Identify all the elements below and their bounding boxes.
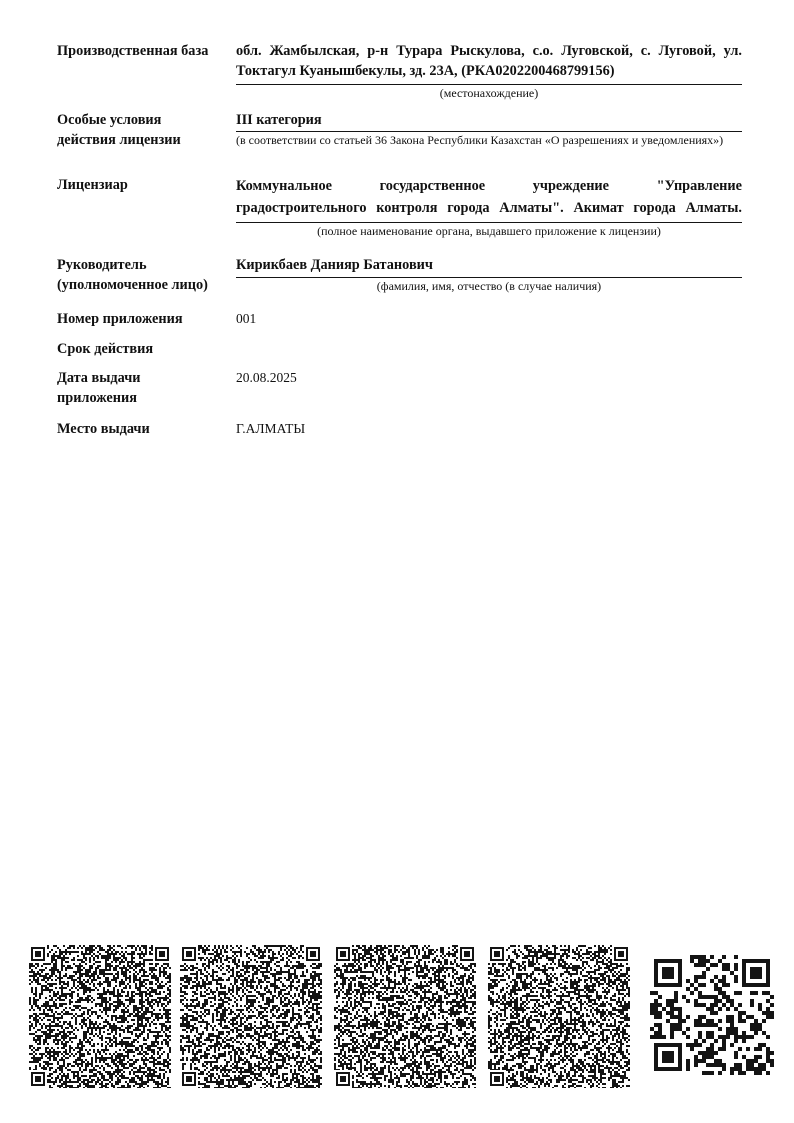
field-label-special-conditions: Особые условия действия лицензии xyxy=(57,110,236,150)
field-value-head: Кирикбаев Данияр Батанович (фамилия, имя… xyxy=(236,255,742,295)
field-caption: (местонахождение) xyxy=(236,87,742,100)
field-row-head: Руководитель (уполномоченное лицо) Кирик… xyxy=(57,255,742,295)
label-line: Лицензиар xyxy=(57,175,236,195)
field-value-special-conditions: III категория (в соответствии со статьей… xyxy=(236,110,742,150)
datamatrix-barcode-4 xyxy=(488,945,630,1088)
label-line: Место выдачи xyxy=(57,419,236,439)
value-line: Кирикбаев Данияр Батанович xyxy=(236,255,742,275)
field-row-special-conditions: Особые условия действия лицензии III кат… xyxy=(57,110,742,150)
signature-rule xyxy=(236,131,742,132)
label-line: Дата выдачи xyxy=(57,368,236,388)
signature-rule xyxy=(236,84,742,85)
field-value-appendix-number: 001 xyxy=(236,309,742,329)
field-label-issue-date: Дата выдачи приложения xyxy=(57,368,236,408)
field-row-validity-period: Срок действия xyxy=(57,339,742,359)
field-row-issue-date: Дата выдачи приложения 20.08.2025 xyxy=(57,368,742,408)
value-line: градостроительного контроля города Алмат… xyxy=(236,197,742,219)
field-caption: (полное наименование органа, выдавшего п… xyxy=(236,225,742,238)
field-label-head: Руководитель (уполномоченное лицо) xyxy=(57,255,236,295)
label-line: Номер приложения xyxy=(57,309,236,329)
field-label-licensor: Лицензиар xyxy=(57,175,236,238)
datamatrix-barcode-2 xyxy=(180,945,322,1088)
qr-code xyxy=(650,955,774,1075)
field-row-production-base: Производственная база обл. Жамбылская, р… xyxy=(57,41,742,100)
label-line: приложения xyxy=(57,388,236,408)
value-line: III категория xyxy=(236,110,742,130)
field-value-licensor: Коммунальное государственное учреждение … xyxy=(236,175,742,238)
field-value-issue-place: Г.АЛМАТЫ xyxy=(236,419,742,439)
label-line: Производственная база xyxy=(57,41,236,61)
signature-rule xyxy=(236,222,742,223)
field-value-production-base: обл. Жамбылская, р-н Турара Рыскулова, с… xyxy=(236,41,742,100)
field-value-issue-date: 20.08.2025 xyxy=(236,368,742,408)
datamatrix-barcode-3 xyxy=(334,945,476,1088)
field-caption: (в соответствии со статьей 36 Закона Рес… xyxy=(236,134,742,147)
field-caption: (фамилия, имя, отчество (в случае наличи… xyxy=(236,280,742,293)
label-line: действия лицензии xyxy=(57,130,236,150)
value-line: Токтагул Куанышбекулы, зд. 23А, (РКА0202… xyxy=(236,61,742,81)
signature-rule xyxy=(236,277,742,278)
field-row-licensor: Лицензиар Коммунальное государственное у… xyxy=(57,175,742,238)
datamatrix-barcode-1 xyxy=(29,945,171,1088)
label-line: Руководитель xyxy=(57,255,236,275)
field-value-validity-period xyxy=(236,339,742,359)
value-line: Г.АЛМАТЫ xyxy=(236,419,742,439)
label-line: Срок действия xyxy=(57,339,236,359)
label-line: (уполномоченное лицо) xyxy=(57,275,236,295)
field-row-issue-place: Место выдачи Г.АЛМАТЫ xyxy=(57,419,742,439)
license-appendix-page: Производственная база обл. Жамбылская, р… xyxy=(0,0,794,1123)
field-label-issue-place: Место выдачи xyxy=(57,419,236,439)
field-label-appendix-number: Номер приложения xyxy=(57,309,236,329)
field-row-appendix-number: Номер приложения 001 xyxy=(57,309,742,329)
field-label-validity-period: Срок действия xyxy=(57,339,236,359)
value-line: обл. Жамбылская, р-н Турара Рыскулова, с… xyxy=(236,41,742,61)
value-line: Коммунальное государственное учреждение … xyxy=(236,175,742,197)
label-line: Особые условия xyxy=(57,110,236,130)
field-label-production-base: Производственная база xyxy=(57,41,236,100)
value-line: 001 xyxy=(236,309,742,329)
value-line: 20.08.2025 xyxy=(236,368,742,388)
